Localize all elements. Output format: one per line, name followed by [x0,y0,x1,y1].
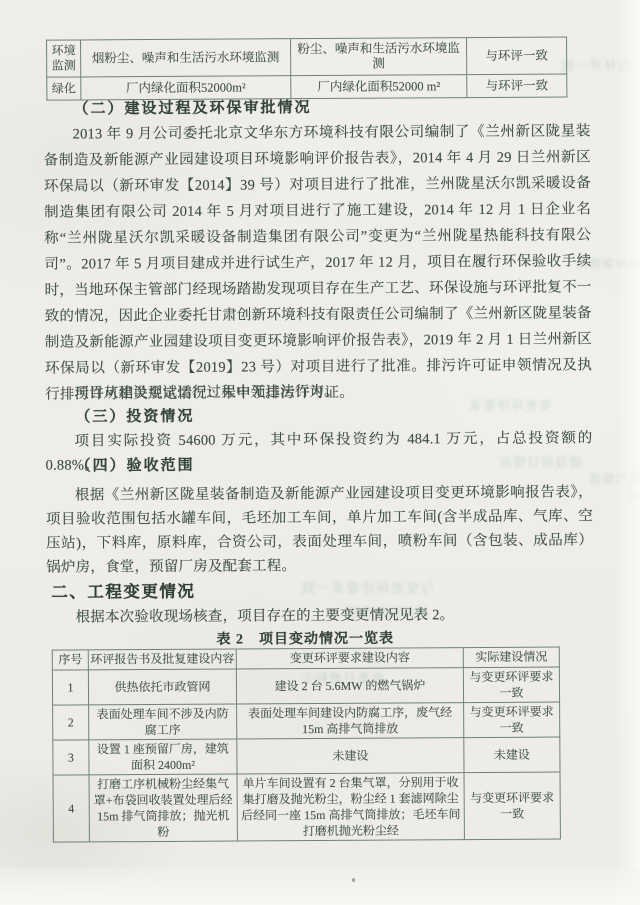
change-cell: 未建设 [237,738,464,774]
section-3-heading: （三）投资情况 [75,402,592,429]
epia-cell: 打磨工序机械粉尘经集气罩+布袋回收装置处理后经 15m 排气筒排放；抛光机粉 [89,774,237,842]
change-epia-content-cell: 粉尘、噪声和生活污水环境监测 [291,38,467,76]
scan-bottom-band [0,868,640,905]
scan-edge-band [614,0,640,905]
actual-status-cell: 与环评一致 [467,37,567,75]
header-seq: 序号 [52,650,88,670]
table-row: 2 表面处理车间不涉及内防腐工序 表面处理车间建设内防腐工序，废气经 15m 高… [53,702,560,740]
change-cell: 建设 2 台 5.6MW 的燃气锅炉 [236,668,463,704]
seq-cell: 2 [53,705,89,740]
row-label-cell: 环境监测 [47,40,81,77]
actual-cell: 与变更环评要求一致 [464,702,560,738]
acceptance-scope-paragraph: 根据《兰州新区陇星装备制造及新能源产业园建设项目变更环境影响报告表》，项目验收范… [46,480,594,579]
seq-cell: 1 [52,670,88,705]
table-row: 3 设置 1 座预留厂房，建筑面积 2400m² 未建设 未建设 [53,737,560,775]
scan-speck [352,878,355,882]
epia-cell: 表面处理车间不涉及内防腐工序 [89,704,237,740]
table-row: 4 打磨工序机械粉尘经集气罩+布袋回收装置处理后经 15m 排气筒排放；抛光机粉… [53,772,560,842]
seq-cell: 4 [53,775,89,842]
header-epia-approved-content: 环评报告书及批复建设内容 [88,649,236,670]
env-monitoring-table-fragment: 环境监测 烟粉尘、噪声和生活污水环境监测 粉尘、噪声和生活污水环境监测 与环评一… [46,36,567,100]
epia-cell: 供热依托市政管网 [88,669,236,705]
header-change-epia-content: 变更环评要求建设内容 [236,648,463,669]
change-cell: 单片车间设置有 2 台集气罩，分别用于收集打磨及抛光粉尘，粉尘经 1 套滤网除尘… [237,773,464,841]
section-2-heading: （二）建设过程及环保审批情况 [73,94,590,121]
no-violation-statement: 项目从建设至试运行过程中无违法行为。 [45,378,592,405]
document-content: 环境监测 烟粉尘、噪声和生活污水环境监测 粉尘、噪声和生活污水环境监测 与环评一… [0,0,640,905]
chapter-2-intro: 根据本次验收现场核查，项目存在的主要变更情况见表 2。 [46,602,593,629]
epia-cell: 设置 1 座预留厂房，建筑面积 2400m² [89,739,237,775]
section-2-paragraph: 2013 年 9 月公司委托北京文华东方环境科技有限公司编制了《兰州新区陇星装备… [44,118,593,407]
scanned-document-page: 与环评一致 未申领排污 变更环评要求 建设项目情况 排气筒排放 与变更环评要求一… [0,0,640,905]
change-cell: 表面处理车间建设内防腐工序，废气经 15m 高排气筒排放 [237,703,464,739]
header-actual-status: 实际建设情况 [463,647,559,668]
seq-cell: 3 [53,740,89,775]
actual-cell: 与变更环评要求一致 [463,667,559,703]
section-4-heading: （四）验收范围 [76,451,593,478]
epia-content-cell: 烟粉尘、噪声和生活污水环境监测 [81,39,291,77]
project-change-table: 序号 环评报告书及批复建设内容 变更环评要求建设内容 实际建设情况 1 供热依托… [52,647,561,843]
actual-cell: 与变更环评要求一致 [464,772,560,840]
chapter-2-heading: 二、工程变更情况 [51,578,593,603]
table-row: 1 供热依托市政管网 建设 2 台 5.6MW 的燃气锅炉 与变更环评要求一致 [52,667,559,705]
table-row-env-monitoring: 环境监测 烟粉尘、噪声和生活污水环境监测 粉尘、噪声和生活污水环境监测 与环评一… [47,37,567,77]
actual-cell: 未建设 [464,737,560,773]
